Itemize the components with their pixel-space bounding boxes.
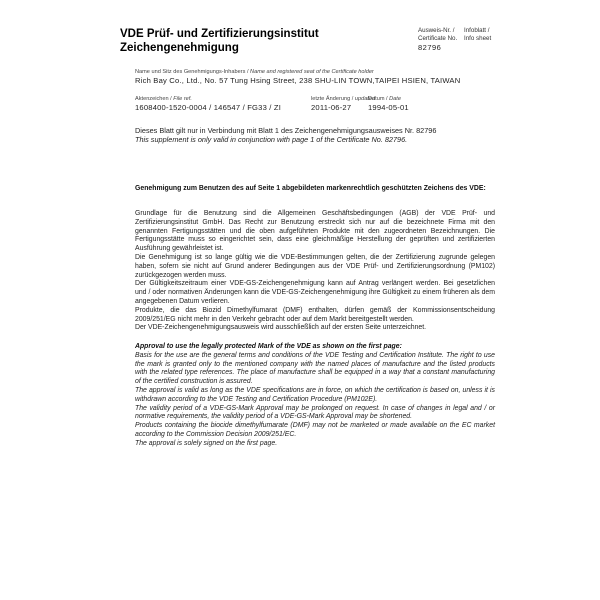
updated-label-de: letzte Änderung /	[311, 96, 355, 102]
english-paragraph: Products containing the biocide dimethyl…	[135, 422, 495, 440]
german-paragraph: Der Gültigkeitszeitraum einer VDE-GS-Zei…	[135, 280, 495, 306]
file-reference: Aktenzeichen / File ref. 1608400-1520-00…	[135, 96, 281, 113]
german-section-body: Grundlage für die Benutzung sind die All…	[135, 210, 495, 333]
german-paragraph: Die Genehmigung ist so lange gültig wie …	[135, 254, 495, 280]
certificate-label-de: Ausweis-Nr. /	[418, 27, 464, 35]
institute-name: VDE Prüf- und Zertifizierungsinstitut	[120, 27, 319, 41]
german-paragraph: Produkte, die das Biozid Dimethylfumarat…	[135, 307, 495, 325]
german-section-heading: Genehmigung zum Benutzen des auf Seite 1…	[135, 185, 495, 194]
file-ref-label-en: File ref.	[173, 96, 192, 102]
english-paragraph: Basis for the use are the general terms …	[135, 352, 495, 387]
date-label-de: Datum /	[368, 96, 389, 102]
german-paragraph: Der VDE-Zeichengenehmigungsausweis wird …	[135, 324, 495, 333]
updated-label: letzte Änderung / updated	[311, 96, 375, 103]
english-paragraph: The approval is solely signed on the fir…	[135, 440, 495, 449]
english-paragraph: The validity period of a VDE-GS-Mark App…	[135, 405, 495, 423]
date-value: 1994-05-01	[368, 103, 409, 113]
last-updated: letzte Änderung / updated 2011-06-27	[311, 96, 375, 113]
holder-label: Name und Sitz des Genehmigungs-Inhabers …	[135, 69, 495, 76]
date-label-en: Date	[389, 96, 401, 102]
certificate-label-en: Certificate No.	[418, 35, 464, 43]
holder-label-en: Name and registered seat of the Certific…	[250, 69, 374, 75]
file-ref-label: Aktenzeichen / File ref.	[135, 96, 281, 103]
info-sheet-label-de: Infoblatt /	[464, 27, 489, 35]
date-label: Datum / Date	[368, 96, 409, 103]
english-paragraph: The approval is valid as long as the VDE…	[135, 387, 495, 405]
supplement-note-en: This supplement is only valid in conjunc…	[135, 135, 495, 144]
document-title: VDE Prüf- und Zertifizierungsinstitut Ze…	[120, 27, 319, 55]
english-section: Approval to use the legally protected Ma…	[135, 343, 495, 449]
certificate-number: 82796	[418, 44, 491, 52]
english-section-heading: Approval to use the legally protected Ma…	[135, 343, 495, 352]
updated-value: 2011-06-27	[311, 103, 375, 113]
supplement-note: Dieses Blatt gilt nur in Verbindung mit …	[135, 126, 495, 144]
file-ref-label-de: Aktenzeichen /	[135, 96, 173, 102]
holder-value: Rich Bay Co., Ltd., No. 57 Tung Hsing St…	[135, 76, 495, 86]
certificate-holder: Name und Sitz des Genehmigungs-Inhabers …	[135, 69, 495, 86]
german-paragraph: Grundlage für die Benutzung sind die All…	[135, 210, 495, 254]
holder-label-de: Name und Sitz des Genehmigungs-Inhabers …	[135, 69, 250, 75]
issue-date: Datum / Date 1994-05-01	[368, 96, 409, 113]
info-sheet-label-en: Info sheet	[464, 35, 491, 43]
file-ref-value: 1608400-1520-0004 / 146547 / FG33 / ZI	[135, 103, 281, 113]
certificate-number-box: Ausweis-Nr. / Infoblatt / Certificate No…	[418, 27, 491, 52]
supplement-note-de: Dieses Blatt gilt nur in Verbindung mit …	[135, 126, 495, 135]
document-type: Zeichengenehmigung	[120, 41, 319, 55]
